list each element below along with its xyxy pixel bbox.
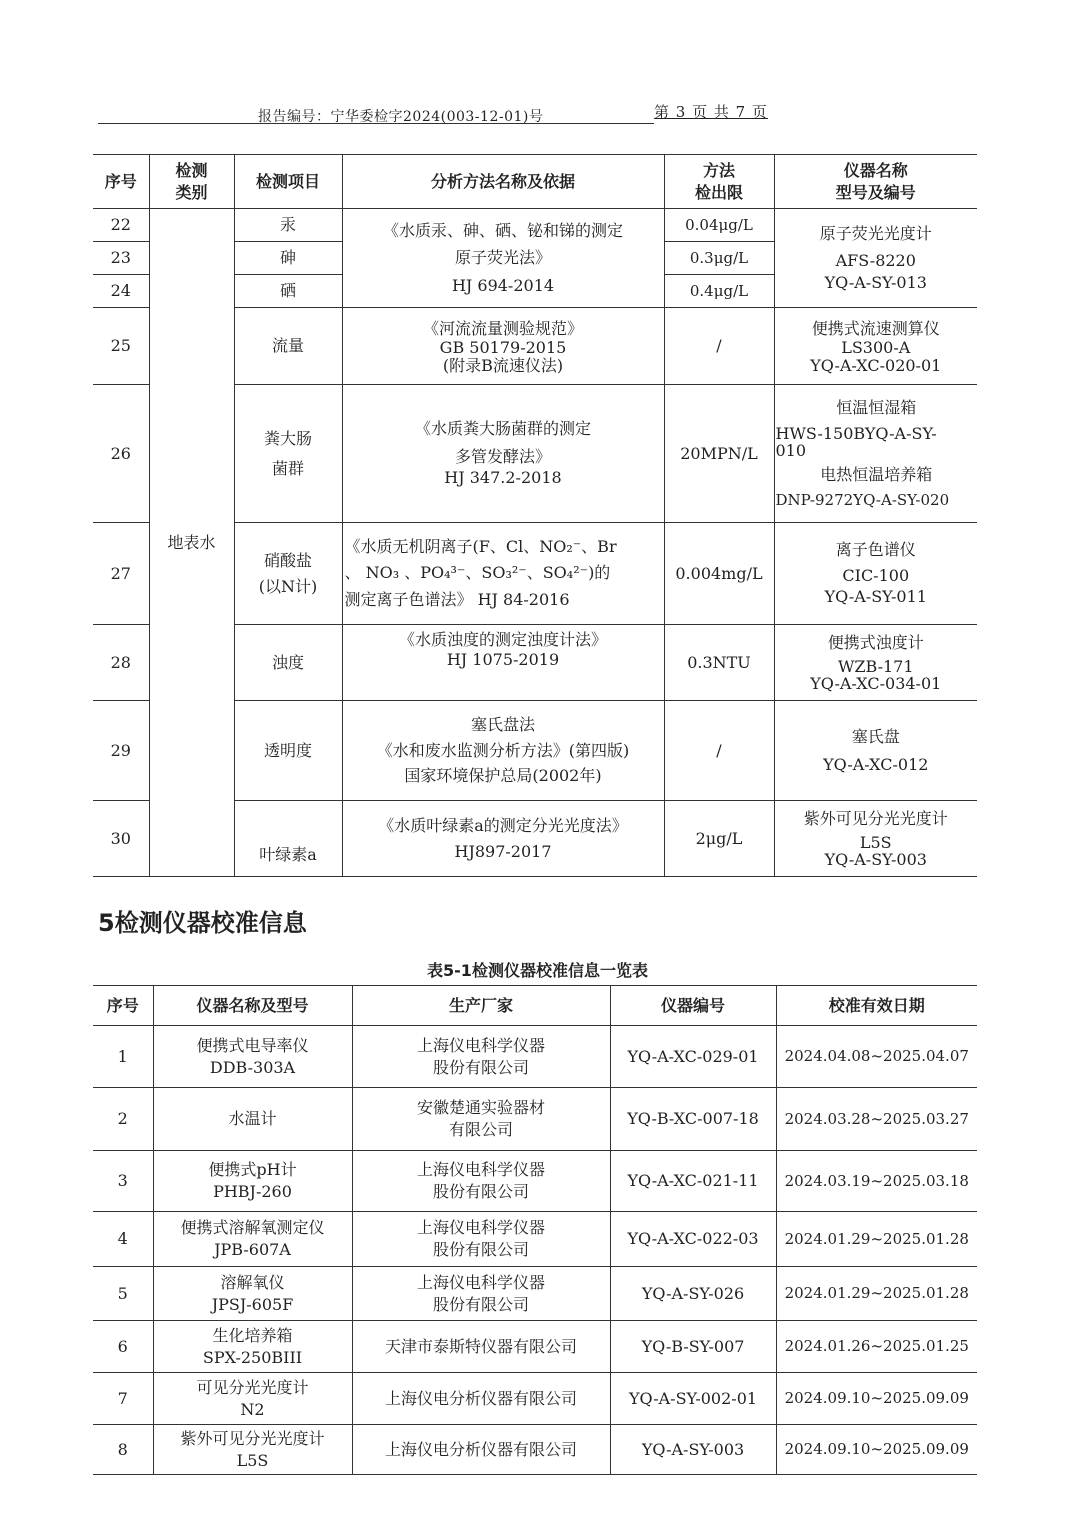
- valid-date-cell: 2024.01.29~2025.01.28: [776, 1212, 977, 1267]
- limit-cell: /: [664, 308, 774, 385]
- col-header-seq: 序号: [93, 986, 153, 1026]
- page-indicator: 第 3 页 共 7 页: [654, 101, 768, 122]
- col-header-item: 检测项目: [234, 155, 342, 209]
- seq-cell: 6: [93, 1321, 153, 1373]
- seq-cell: 30: [93, 801, 149, 877]
- seq-cell: 25: [93, 308, 149, 385]
- number-cell: YQ-A-XC-022-03: [610, 1212, 776, 1267]
- seq-cell: 2: [93, 1088, 153, 1151]
- instrument-cell: 便携式溶解氧测定仪JPB-607A: [153, 1212, 352, 1267]
- valid-date-cell: 2024.09.10~2025.09.09: [776, 1373, 977, 1425]
- instrument-cell: 可见分光光度计N2: [153, 1373, 352, 1425]
- limit-cell: 2μg/L: [664, 801, 774, 877]
- item-cell: 硒: [234, 275, 342, 308]
- instrument-cell: 便携式浊度计WZB-171YQ-A-XC-034-01: [774, 625, 977, 701]
- limit-cell: 0.3NTU: [664, 625, 774, 701]
- method-cell: 《河流流量测验规范》GB 50179-2015(附录B流速仪法): [342, 308, 664, 385]
- instrument-cell: 溶解氧仪JPSJ-605F: [153, 1267, 352, 1321]
- table-row: 6 生化培养箱SPX-250BIII 天津市泰斯特仪器有限公司 YQ-B-SY-…: [93, 1321, 977, 1373]
- method-cell: 《水质汞、砷、硒、铋和锑的测定原子荧光法》HJ 694-2014: [342, 209, 664, 308]
- limit-cell: 0.4μg/L: [664, 275, 774, 308]
- seq-cell: 27: [93, 523, 149, 625]
- number-cell: YQ-A-SY-003: [610, 1425, 776, 1475]
- calibration-table: 序号 仪器名称及型号 生产厂家 仪器编号 校准有效日期 1 便携式电导率仪DDB…: [93, 985, 977, 1475]
- table-row: 22 地表水 汞 《水质汞、砷、硒、铋和锑的测定原子荧光法》HJ 694-201…: [93, 209, 977, 242]
- col-header-seq: 序号: [93, 155, 149, 209]
- table-row: 5 溶解氧仪JPSJ-605F 上海仪电科学仪器股份有限公司 YQ-A-SY-0…: [93, 1267, 977, 1321]
- manufacturer-cell: 上海仪电科学仪器股份有限公司: [352, 1212, 610, 1267]
- instrument-cell: 紫外可见分光光度计L5S: [153, 1425, 352, 1475]
- method-cell: 《水质浊度的测定浊度计法》HJ 1075-2019: [342, 625, 664, 701]
- limit-cell: 0.004mg/L: [664, 523, 774, 625]
- manufacturer-cell: 上海仪电科学仪器股份有限公司: [352, 1026, 610, 1088]
- number-cell: YQ-A-XC-021-11: [610, 1151, 776, 1212]
- col-header-category: 检测类别: [149, 155, 234, 209]
- valid-date-cell: 2024.04.08~2025.04.07: [776, 1026, 977, 1088]
- seq-cell: 7: [93, 1373, 153, 1425]
- seq-cell: 8: [93, 1425, 153, 1475]
- table-row: 1 便携式电导率仪DDB-303A 上海仪电科学仪器股份有限公司 YQ-A-XC…: [93, 1026, 977, 1088]
- method-cell: 《水质无机阴离子(F、Cl、NO₂⁻、Br、 NO₃ 、PO₄³⁻、SO₃²⁻、…: [342, 523, 664, 625]
- method-cell: 《水质叶绿素a的测定分光光度法》HJ897-2017: [342, 801, 664, 877]
- valid-date-cell: 2024.03.19~2025.03.18: [776, 1151, 977, 1212]
- table-row: 7 可见分光光度计N2 上海仪电分析仪器有限公司 YQ-A-SY-002-01 …: [93, 1373, 977, 1425]
- item-cell: 流量: [234, 308, 342, 385]
- seq-cell: 29: [93, 701, 149, 801]
- item-cell: 粪大肠菌群: [234, 385, 342, 523]
- seq-cell: 4: [93, 1212, 153, 1267]
- instrument-cell: 便携式电导率仪DDB-303A: [153, 1026, 352, 1088]
- valid-date-cell: 2024.03.28~2025.03.27: [776, 1088, 977, 1151]
- item-cell: 汞: [234, 209, 342, 242]
- seq-cell: 28: [93, 625, 149, 701]
- detection-methods-table: 序号 检测类别 检测项目 分析方法名称及依据 方法检出限 仪器名称型号及编号 2…: [93, 154, 977, 877]
- valid-date-cell: 2024.01.29~2025.01.28: [776, 1267, 977, 1321]
- limit-cell: 0.3μg/L: [664, 242, 774, 275]
- number-cell: YQ-B-XC-007-18: [610, 1088, 776, 1151]
- manufacturer-cell: 上海仪电分析仪器有限公司: [352, 1373, 610, 1425]
- valid-date-cell: 2024.09.10~2025.09.09: [776, 1425, 977, 1475]
- seq-cell: 26: [93, 385, 149, 523]
- instrument-cell: 塞氏盘YQ-A-XC-012: [774, 701, 977, 801]
- number-cell: YQ-B-SY-007: [610, 1321, 776, 1373]
- method-cell: 塞氏盘法《水和废水监测分析方法》(第四版)国家环境保护总局(2002年): [342, 701, 664, 801]
- seq-cell: 1: [93, 1026, 153, 1088]
- item-cell: 硝酸盐(以N计): [234, 523, 342, 625]
- manufacturer-cell: 天津市泰斯特仪器有限公司: [352, 1321, 610, 1373]
- col-header-manufacturer: 生产厂家: [352, 986, 610, 1026]
- manufacturer-cell: 上海仪电分析仪器有限公司: [352, 1425, 610, 1475]
- limit-cell: 20MPN/L: [664, 385, 774, 523]
- table-row: 4 便携式溶解氧测定仪JPB-607A 上海仪电科学仪器股份有限公司 YQ-A-…: [93, 1212, 977, 1267]
- seq-cell: 22: [93, 209, 149, 242]
- col-header-valid-date: 校准有效日期: [776, 986, 977, 1026]
- method-cell: 《水质粪大肠菌群的测定多管发酵法》HJ 347.2-2018: [342, 385, 664, 523]
- valid-date-cell: 2024.01.26~2025.01.25: [776, 1321, 977, 1373]
- instrument-cell: 恒温恒湿箱HWS-150BYQ-A-SY-010电热恒温培养箱DNP-9272Y…: [774, 385, 977, 523]
- table-header-row: 序号 仪器名称及型号 生产厂家 仪器编号 校准有效日期: [93, 986, 977, 1026]
- col-header-number: 仪器编号: [610, 986, 776, 1026]
- item-cell: 叶绿素a: [234, 801, 342, 877]
- manufacturer-cell: 上海仪电科学仪器股份有限公司: [352, 1151, 610, 1212]
- table-header-row: 序号 检测类别 检测项目 分析方法名称及依据 方法检出限 仪器名称型号及编号: [93, 155, 977, 209]
- seq-cell: 23: [93, 242, 149, 275]
- col-header-instrument: 仪器名称型号及编号: [774, 155, 977, 209]
- seq-cell: 24: [93, 275, 149, 308]
- col-header-method: 分析方法名称及依据: [342, 155, 664, 209]
- instrument-cell: 紫外可见分光光度计L5SYQ-A-SY-003: [774, 801, 977, 877]
- number-cell: YQ-A-XC-029-01: [610, 1026, 776, 1088]
- instrument-cell: 便携式流速测算仪LS300-AYQ-A-XC-020-01: [774, 308, 977, 385]
- limit-cell: /: [664, 701, 774, 801]
- section-title: 5检测仪器校准信息: [98, 903, 307, 938]
- manufacturer-cell: 上海仪电科学仪器股份有限公司: [352, 1267, 610, 1321]
- seq-cell: 3: [93, 1151, 153, 1212]
- instrument-cell: 离子色谱仪CIC-100YQ-A-SY-011: [774, 523, 977, 625]
- limit-cell: 0.04μg/L: [664, 209, 774, 242]
- instrument-cell: 水温计: [153, 1088, 352, 1151]
- number-cell: YQ-A-SY-026: [610, 1267, 776, 1321]
- col-header-instrument: 仪器名称及型号: [153, 986, 352, 1026]
- instrument-cell: 生化培养箱SPX-250BIII: [153, 1321, 352, 1373]
- table-row: 8 紫外可见分光光度计L5S 上海仪电分析仪器有限公司 YQ-A-SY-003 …: [93, 1425, 977, 1475]
- manufacturer-cell: 安徽楚通实验器材有限公司: [352, 1088, 610, 1151]
- item-cell: 砷: [234, 242, 342, 275]
- table-row: 2 水温计 安徽楚通实验器材有限公司 YQ-B-XC-007-18 2024.0…: [93, 1088, 977, 1151]
- table-caption: 表5-1检测仪器校准信息一览表: [0, 958, 1075, 981]
- table-row: 3 便携式pH计PHBJ-260 上海仪电科学仪器股份有限公司 YQ-A-XC-…: [93, 1151, 977, 1212]
- category-cell: 地表水: [149, 209, 234, 877]
- item-cell: 透明度: [234, 701, 342, 801]
- item-cell: 浊度: [234, 625, 342, 701]
- seq-cell: 5: [93, 1267, 153, 1321]
- number-cell: YQ-A-SY-002-01: [610, 1373, 776, 1425]
- instrument-cell: 原子荧光光度计AFS-8220YQ-A-SY-013: [774, 209, 977, 308]
- col-header-limit: 方法检出限: [664, 155, 774, 209]
- header-divider: [98, 123, 654, 124]
- instrument-cell: 便携式pH计PHBJ-260: [153, 1151, 352, 1212]
